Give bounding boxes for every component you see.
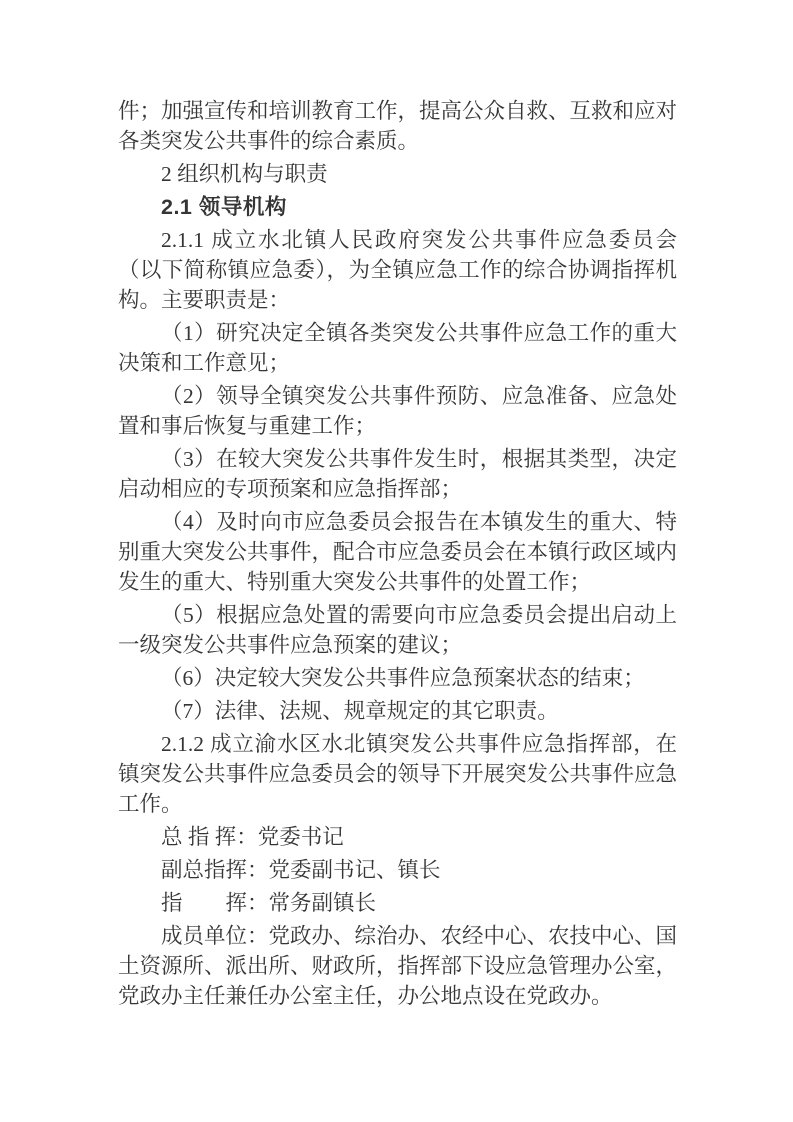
paragraph-2-1-1-committee: 2.1.1 成立水北镇人民政府突发公共事件应急委员会（以下简称镇应急委），为全镇… (118, 225, 677, 315)
line-commander: 指 挥：常务副镇长 (118, 888, 677, 918)
list-item-2: （2）领导全镇突发公共事件预防、应急准备、应急处置和事后恢复与重建工作； (118, 381, 677, 441)
paragraph-continued-from-previous-page: 件；加强宣传和培训教育工作，提高公众自救、互救和应对各类突发公共事件的综合素质。 (118, 96, 677, 156)
paragraph-member-units: 成员单位：党政办、综治办、农经中心、农技中心、国土资源所、派出所、财政所，指挥部… (118, 921, 677, 1011)
list-item-7: （7）法律、法规、规章规定的其它职责。 (118, 696, 677, 726)
list-item-5: （5）根据应急处置的需要向市应急委员会提出启动上一级突发公共事件应急预案的建议； (118, 600, 677, 660)
list-item-1: （1）研究决定全镇各类突发公共事件应急工作的重大决策和工作意见； (118, 318, 677, 378)
list-item-6: （6）决定较大突发公共事件应急预案状态的结束； (118, 663, 677, 693)
document-page: 件；加强宣传和培训教育工作，提高公众自救、互救和应对各类突发公共事件的综合素质。… (0, 0, 793, 1122)
heading-section-2-1-leadership: 2.1 领导机构 (118, 192, 677, 222)
line-deputy-chief-commanders: 副总指挥：党委副书记、镇长 (118, 855, 677, 885)
paragraph-2-1-2-command-hq: 2.1.2 成立渝水区水北镇突发公共事件应急指挥部，在镇突发公共事件应急委员会的… (118, 729, 677, 819)
heading-section-2-organization: 2 组织机构与职责 (118, 159, 677, 189)
line-chief-commander: 总 指 挥：党委书记 (118, 822, 677, 852)
list-item-4: （4）及时向市应急委员会报告在本镇发生的重大、特别重大突发公共事件，配合市应急委… (118, 507, 677, 597)
list-item-3: （3）在较大突发公共事件发生时，根据其类型，决定启动相应的专项预案和应急指挥部； (118, 444, 677, 504)
